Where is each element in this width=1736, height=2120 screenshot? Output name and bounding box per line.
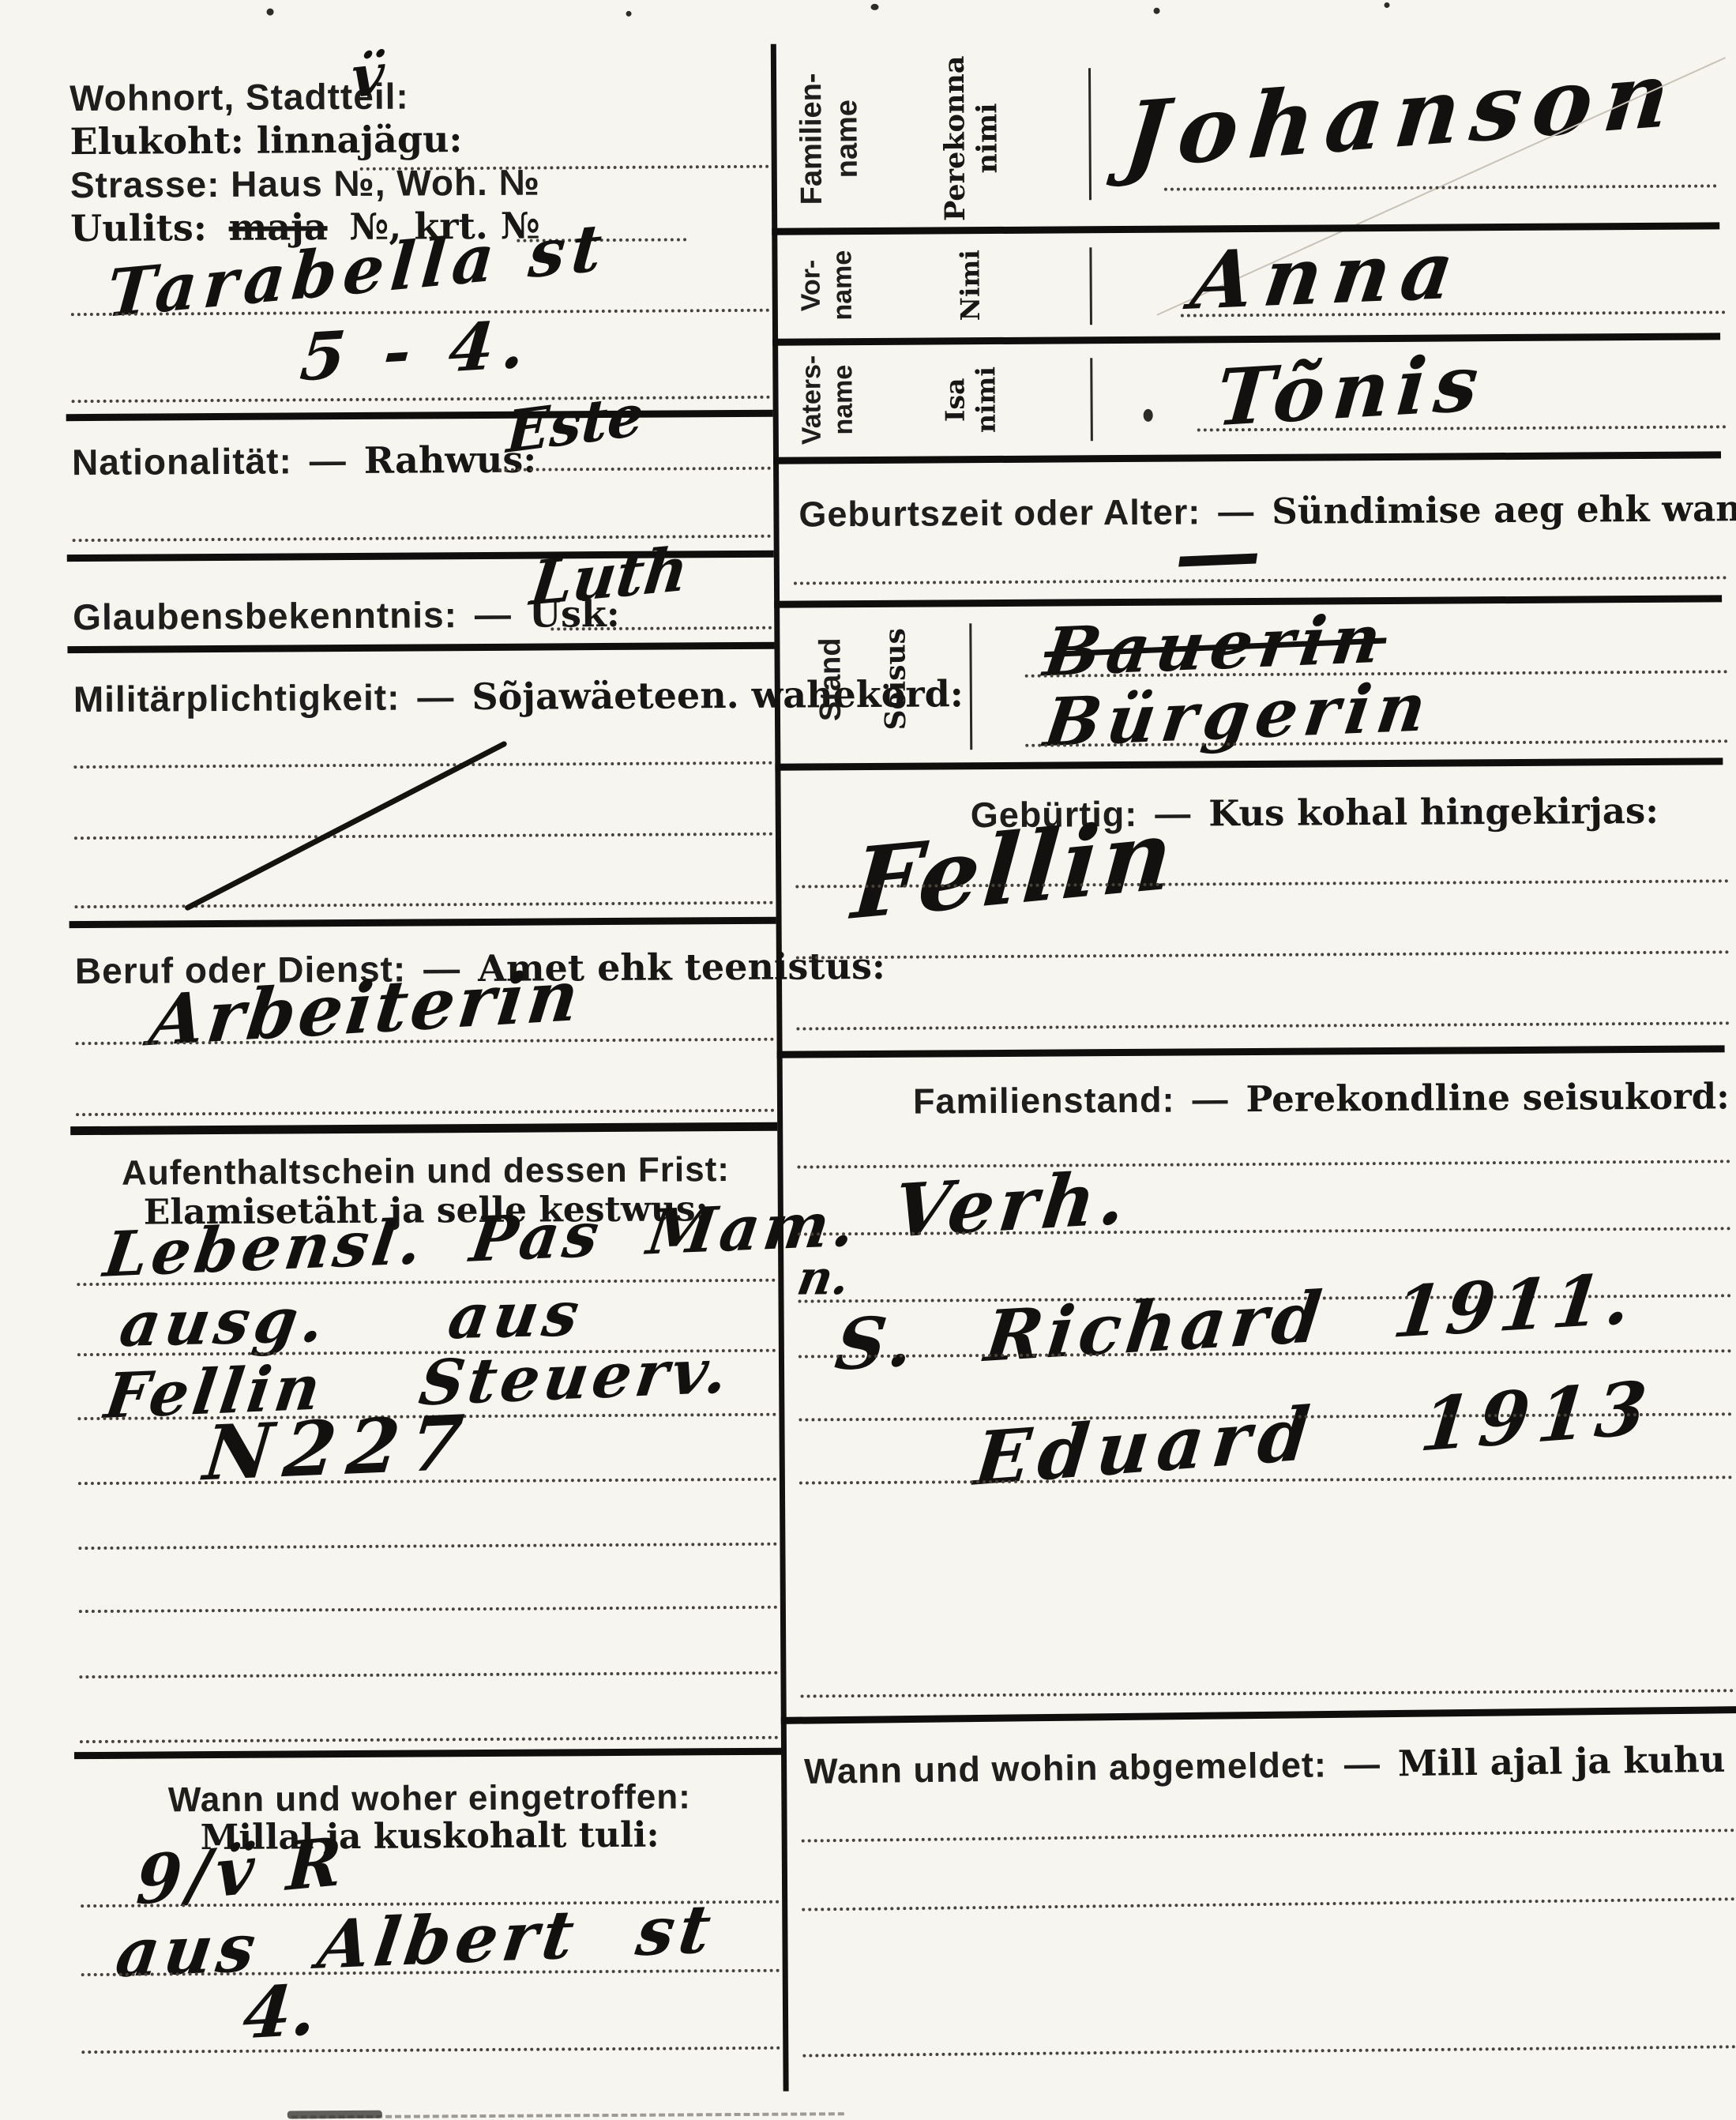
registration-card-scan: Wohnort, Stadtteil: Elukoht: linnajägu: … xyxy=(0,0,1736,2120)
arrival-line1-handwriting: 9/v̈ R xyxy=(135,1828,348,1915)
scan-edge-artifact xyxy=(287,2111,382,2119)
ink-speck xyxy=(267,9,274,16)
ink-speck xyxy=(1154,8,1160,14)
birth-label-et: Sündimise aeg ehk wanadus: xyxy=(1272,487,1736,532)
ruled-line xyxy=(802,2045,1736,2057)
label-dash: — xyxy=(475,594,512,635)
ruled-line xyxy=(801,1689,1734,1697)
ruled-line xyxy=(80,1736,779,1743)
permit-line4-handwriting: N227 xyxy=(201,1405,477,1491)
firstname-value-handwriting: Anna xyxy=(1187,230,1469,321)
arrival-line3-handwriting: 4. xyxy=(240,1975,318,2049)
field-rule xyxy=(1089,247,1092,325)
separator-line xyxy=(777,1045,1725,1058)
ruled-line xyxy=(498,467,771,472)
fathersname-label-et-line2: nimi xyxy=(971,353,1002,446)
ruled-line xyxy=(79,1606,778,1613)
arrival-header-de: Wann und woher eingetroffen: xyxy=(80,1780,779,1818)
religion-label-de: Glaubensbekenntnis: xyxy=(73,594,457,637)
field-rule xyxy=(969,623,972,750)
birth-value-handwriting: — xyxy=(1173,508,1263,598)
card-sheet: Wohnort, Stadtteil: Elukoht: linnajägu: … xyxy=(0,0,1736,2120)
departure-label-de: Wann und wohin abgemeldet: xyxy=(804,1744,1327,1791)
separator-line xyxy=(67,642,774,653)
family-status-label-de: Familienstand: xyxy=(913,1080,1175,1122)
separator-line xyxy=(70,917,776,928)
status-label-de-line1: Stand xyxy=(813,612,849,746)
stray-ink-mark: n. xyxy=(794,1254,853,1302)
label-dash: — xyxy=(310,440,347,481)
ruled-line xyxy=(76,1109,775,1116)
separator-line xyxy=(70,1122,777,1135)
ruled-line xyxy=(802,1829,1735,1842)
separator-line xyxy=(773,451,1721,464)
ruled-line xyxy=(796,1021,1730,1030)
ruled-line xyxy=(74,833,773,840)
firstname-label-de: Vor- name xyxy=(795,239,859,332)
handwritten-check-mark: v̈ xyxy=(351,45,385,106)
ruled-line xyxy=(550,626,772,631)
family-status-label-et: Perekondline seisukord: xyxy=(1246,1075,1730,1120)
status-label-de: Stand xyxy=(813,612,849,746)
fathersname-label-de: Vaters- name xyxy=(795,351,859,449)
firstname-label-et-line1: Nimi xyxy=(955,241,986,329)
firstname-label-de-line1: Vor- xyxy=(795,239,827,332)
surname-label-et-line1: Perekonna xyxy=(938,48,972,228)
separator-line xyxy=(781,1706,1736,1724)
origin-value-handwriting: Fellin xyxy=(849,805,1179,933)
firstname-label-de-line2: name xyxy=(826,239,859,332)
firstname-label-et: Nimi xyxy=(955,241,986,329)
ruled-line xyxy=(81,2047,780,2054)
birth-label-de: Geburtszeit oder Alter: xyxy=(798,491,1201,534)
label-dash: — xyxy=(1344,1744,1381,1785)
surname-label-et: Perekonna nimi xyxy=(938,48,1005,229)
surname-label-de-line1: Familien- xyxy=(794,50,830,227)
departure-label: Wann und wohin abgemeldet:—Mill ajal ja … xyxy=(804,1740,1736,1789)
label-dash: — xyxy=(417,676,454,717)
fathersname-label-de-line1: Vaters- xyxy=(795,351,828,449)
ruled-line xyxy=(73,761,772,769)
field-rule xyxy=(1088,68,1092,200)
ruled-line xyxy=(78,1543,777,1550)
ink-speck xyxy=(1144,409,1153,422)
ink-speck xyxy=(626,11,632,17)
separator-line xyxy=(775,757,1723,770)
separator-line xyxy=(74,1748,781,1759)
ruled-line xyxy=(79,1671,778,1678)
surname-label-de-line2: name xyxy=(829,50,866,227)
origin-label-et: Kus kohal hingekirjas: xyxy=(1208,790,1659,834)
fathersname-value-handwriting: Tõnis xyxy=(1214,344,1489,438)
fathersname-label-et-line1: Isa xyxy=(940,353,971,446)
fathersname-label-de-line2: name xyxy=(827,351,859,449)
military-label-de: Militärplichtigkeit: xyxy=(73,677,400,720)
birth-label: Geburtszeit oder Alter:—Sündimise aeg eh… xyxy=(798,490,1736,532)
field-rule xyxy=(1090,358,1093,441)
religion-value-handwriting: Luth xyxy=(528,539,691,615)
ruled-line xyxy=(1164,184,1717,190)
street-label-et-prefix: Uulits: xyxy=(70,206,207,250)
departure-label-et: Mill ajal ja kuhu läks: xyxy=(1398,1737,1736,1784)
ink-speck xyxy=(1384,2,1389,8)
address-label-et: Elukoht: linnajägu: xyxy=(70,121,462,160)
status-label-et: Seisus xyxy=(878,612,913,746)
nationality-label-de: Nationalität: xyxy=(72,440,292,483)
status-label-et-line1: Seisus xyxy=(878,612,913,746)
house-number-handwriting: 5 - 4. xyxy=(298,312,535,391)
ruled-line xyxy=(802,1897,1735,1911)
separator-line xyxy=(772,333,1720,345)
fathersname-label-et: Isa nimi xyxy=(940,353,1002,446)
label-dash: — xyxy=(1192,1079,1228,1119)
street-label-de: Strasse: Haus №, Woh. № xyxy=(70,164,540,204)
ruled-line xyxy=(74,901,773,908)
nationality-value-handwriting: Este xyxy=(505,386,644,461)
family-line2-handwriting: S. Richard 1911. xyxy=(832,1263,1639,1380)
family-status-label: Familienstand:—Perekondline seisukord: xyxy=(913,1078,1730,1118)
permit-header-de: Aufenthaltschein und dessen Frist: xyxy=(76,1152,775,1191)
nationality-label: Nationalität:—Rahwus: xyxy=(72,442,537,481)
ruled-line xyxy=(72,396,771,403)
surname-label-et-line2: nimi xyxy=(971,48,1005,228)
surname-label-de: Familien- name xyxy=(794,50,866,228)
separator-line xyxy=(66,410,773,421)
ruled-line xyxy=(796,950,1730,959)
ink-speck xyxy=(870,4,878,10)
